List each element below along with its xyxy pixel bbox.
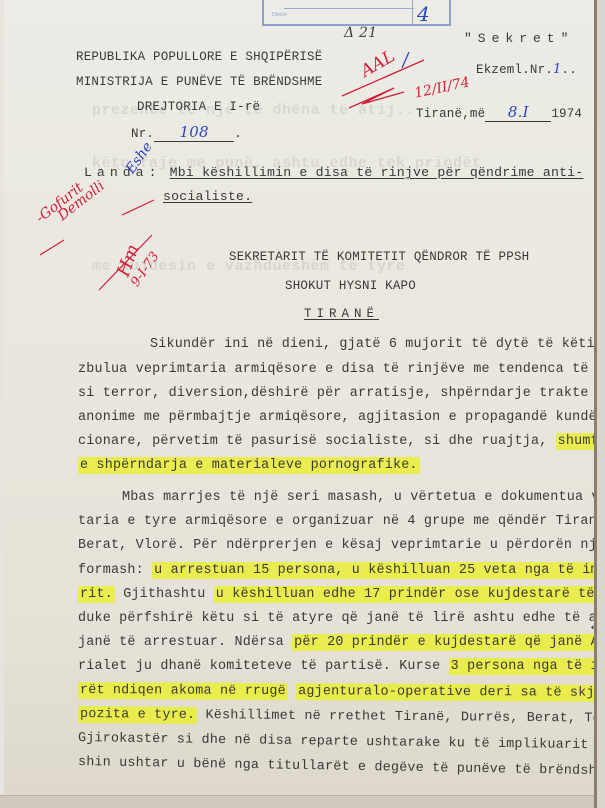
registry-mark: Δ 21	[344, 25, 377, 41]
place-date: Tiranë,më 8.I 1974	[416, 103, 582, 122]
body-text-segment: taria e tyre armiqësore e organizuar në …	[78, 514, 596, 529]
stamp-handwritten-mark: 4	[417, 2, 430, 26]
copy-value: 1	[553, 62, 561, 77]
body-text-segment	[288, 684, 296, 699]
highlighted-text: rit.	[78, 586, 115, 603]
body-line: pozita e tyre. Këshillimet në rrethet Ti…	[78, 707, 596, 727]
body-text-segment: Sikundër ini në dieni, gjatë 6 mujorit t…	[150, 337, 596, 352]
addressee-line-1: SEKRETARIT TË KOMITETIT QËNDROR TË PPSH	[229, 250, 529, 264]
body-line: Sikundër ini në dieni, gjatë 6 mujorit t…	[150, 337, 596, 352]
reference-number: Nr. 108 .	[131, 123, 242, 142]
nr-value: 108	[179, 123, 208, 141]
body-text-segment: Berat, Vlorë. Për ndërprerjen e kësaj ve…	[78, 538, 596, 553]
body-text-segment: Mbas marrjes të një seri masash, u vërte…	[122, 490, 596, 505]
body-line: zbulua veprimtaria armiqësore e disa të …	[78, 362, 596, 377]
document-page: prezencë të një të dhëna të atij... këto…	[4, 0, 596, 795]
body-text-segment: zbulua veprimtaria armiqësore e disa të …	[78, 362, 596, 377]
highlighted-text: rët ndiqen akoma në rrugë	[78, 682, 288, 700]
body-line: formash: u arrestuan 15 persona, u këshi…	[78, 563, 596, 578]
highlighted-text: pozita e tyre.	[78, 706, 197, 724]
body-text-segment: Gjithashtu	[115, 587, 214, 602]
body-text-segment: Gjirokastër si dhe në disa reparte ushta…	[78, 731, 596, 754]
org-line-2: MINISTRIJA E PUNËVE TË BRËNDSHME	[76, 75, 322, 89]
body-line: rët ndiqen akoma në rrugë agjenturalo-op…	[78, 683, 596, 701]
copy-suffix: ..	[562, 63, 577, 77]
org-line-1: REPUBLIKA POPULLORE E SHQIPËRISË	[76, 50, 322, 64]
body-line: cionare, përvetim të pasurisë socialiste…	[78, 434, 596, 449]
addressee-line-3: TIRANË	[304, 307, 379, 321]
highlighted-text: e shpërndarja e materialeve pornografike…	[78, 457, 420, 474]
body-line: anonime me përmbajtje armiqësore, agjita…	[78, 410, 596, 425]
red-initials: AAL	[357, 46, 398, 81]
place-date-label: Tiranë,më	[416, 107, 485, 121]
subject-text-1: Mbi këshillimin e disa të rinjve për qën…	[170, 165, 584, 180]
year: 1974	[551, 107, 582, 121]
highlighted-text: 3 persona nga të implikua-	[449, 658, 596, 675]
red-date-annotation: 12/II/74	[413, 74, 471, 101]
body-text-segment: si terror, diversion,dëshirë për arratis…	[78, 386, 596, 401]
body-text-segment: Këshillimet në rrethet Tiranë, Durrës, B…	[197, 708, 596, 727]
background-strip	[597, 0, 605, 808]
date-handwritten: 8.I	[508, 103, 529, 121]
subject-text-2: socialiste.	[163, 189, 252, 204]
body-text-segment: janë të arrestuar. Ndërsa	[78, 635, 292, 650]
body-line: janë të arrestuar. Ndërsa për 20 prindër…	[78, 635, 596, 650]
page-bottom-edge	[0, 795, 594, 808]
addressee-line-2: SHOKUT HYSNI KAPO	[285, 279, 416, 293]
body-text-segment: cionare, përvetim të pasurisë socialiste…	[78, 434, 556, 449]
body-line: si terror, diversion,dëshirë për arratis…	[78, 386, 596, 401]
body-line: duke përfshirë këtu si të atyre që janë …	[78, 611, 596, 626]
body-line: rialet ju dhanë komiteteve të partisë. K…	[78, 659, 596, 674]
body-text-segment: rialet ju dhanë komiteteve të partisë. K…	[78, 659, 449, 674]
body-line: Mbas marrjes të një seri masash, u vërte…	[122, 490, 596, 505]
body-line: taria e tyre armiqësore e organizuar në …	[78, 514, 596, 529]
body-line: rit. Gjithashtu u këshilluan edhe 17 pri…	[78, 587, 596, 602]
body-line: e shpërndarja e materialeve pornografike…	[78, 458, 420, 473]
highlighted-text: shumfishimi	[556, 433, 596, 450]
body-line: Berat, Vlorë. Për ndërprerjen e kësaj ve…	[78, 538, 596, 553]
body-text-segment: duke përfshirë këtu si të atyre që janë …	[78, 611, 596, 626]
body-line: shin ushtar u bënë nga titullarët e degë…	[78, 755, 596, 780]
subject-line-1: Landa: Mbi këshillimin e disa të rinjve …	[84, 165, 583, 180]
stamp-label: Dhënë	[272, 12, 287, 18]
highlighted-text: u arrestuan 15 persona, u këshilluan 25 …	[152, 562, 596, 579]
highlighted-text: agjenturalo-operative deri sa të skjaroh…	[296, 683, 596, 702]
body-line: Gjirokastër si dhe në disa reparte ushta…	[78, 731, 596, 754]
classification-secret: "Sekret"	[464, 31, 574, 46]
copy-label: Ekzeml.Nr.	[476, 63, 553, 77]
body-text-segment: formash:	[78, 563, 152, 578]
copy-number: Ekzeml.Nr.1..	[476, 62, 577, 77]
highlighted-text: u këshilluan edhe 17 prindër ose kujdest…	[214, 586, 596, 603]
highlighted-text: për 20 prindër e kujdestarë që janë A.P.	[292, 634, 596, 651]
body-text-segment: anonime me përmbajtje armiqësore, agjita…	[78, 410, 596, 425]
org-line-3: DREJTORIA E I-rë	[137, 100, 260, 114]
body-text-segment: shin ushtar u bënë nga titullarët e degë…	[78, 755, 596, 780]
